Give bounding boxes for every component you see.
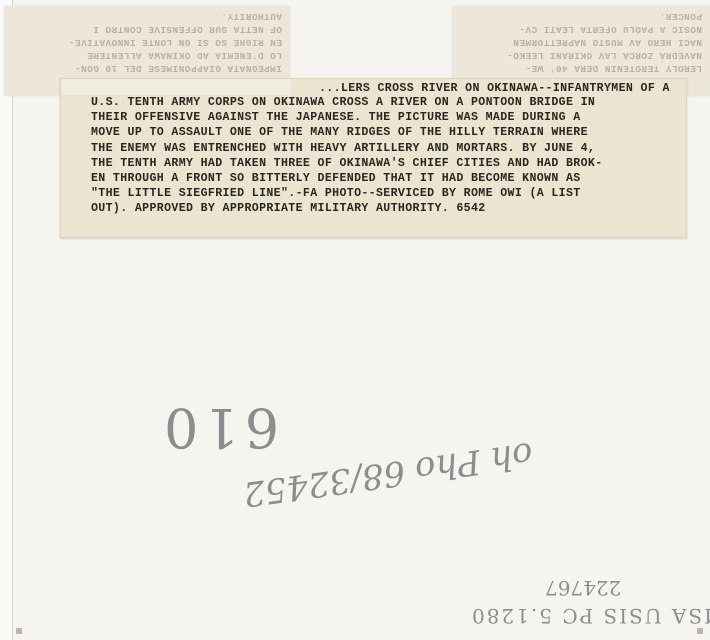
caption-body: U.S. TENTH ARMY CORPS ON OKINAWA CROSS A… — [91, 95, 603, 217]
corner-mark — [16, 628, 22, 634]
overlapping-slip-edge — [61, 79, 291, 95]
typed-caption-slip: ...LERS CROSS RIVER ON OKINAWA--INFANTRY… — [60, 78, 687, 238]
caption-title: ...LERS CROSS RIVER ON OKINAWA--INFANTRY… — [319, 81, 670, 96]
mirrored-slip-text-left: IMPEGNATA GIAPPONIMESE DEL 10 GON- LO D'… — [4, 6, 290, 79]
pencil-code-note: 610 — [158, 396, 279, 459]
pencil-footer-note: CMSA USIS PC 5.1280 — [470, 604, 710, 628]
mirrored-slip-text-right: LEROLY TEROTENIN DERA 40' WE- NAVEDRA ZO… — [452, 6, 710, 79]
corner-mark — [697, 628, 703, 634]
pencil-number-note: 224767 — [545, 576, 621, 600]
